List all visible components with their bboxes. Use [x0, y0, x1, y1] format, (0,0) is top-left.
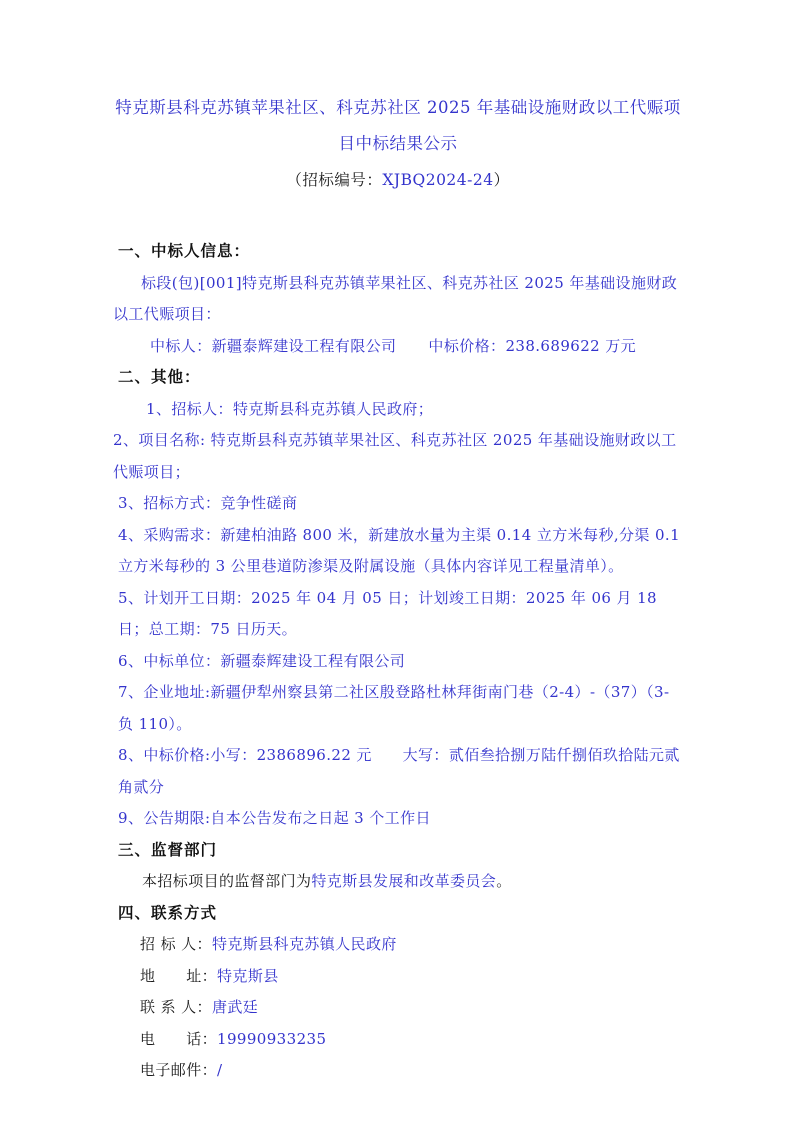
supervision-text-suffix: 。: [496, 872, 511, 890]
section-heading-contact: 四、联系方式: [113, 898, 683, 930]
other-item-8: 8、中标价格:小写：2386896.22 元 大写：贰佰叁拾捌万陆仟捌佰玖拾陆元…: [113, 740, 683, 803]
section-heading-winner-info: 一、中标人信息：: [113, 236, 683, 268]
other-item-5: 5、计划开工日期：2025 年 04 月 05 日；计划竣工日期：2025 年 …: [113, 583, 683, 646]
page-title: 特克斯县科克苏镇苹果社区、科克苏社区 2025 年基础设施财政以工代赈项目中标结…: [113, 90, 683, 162]
tender-number-suffix: ）: [494, 171, 510, 189]
contact-value-address: 特克斯县: [217, 967, 279, 985]
contact-row-person: 联 系 人：唐武廷: [113, 992, 683, 1024]
section-heading-supervision: 三、监督部门: [113, 835, 683, 867]
other-item-2: 2、项目名称: 特克斯县科克苏镇苹果社区、科克苏社区 2025 年基础设施财政以…: [113, 425, 683, 488]
tender-number-line: （招标编号：XJBQ2024-24）: [113, 164, 683, 196]
contact-row-phone: 电 话：19990933235: [113, 1024, 683, 1056]
contact-label-person: 联 系 人：: [140, 998, 212, 1016]
supervision-text-prefix: 本招标项目的监督部门为: [142, 872, 311, 890]
contact-label-bidder: 招 标 人：: [140, 935, 212, 953]
winner-label: 中标人：: [150, 337, 212, 355]
contact-value-email: /: [217, 1061, 222, 1079]
supervision-authority: 特克斯县发展和改革委员会: [311, 872, 496, 890]
other-item-3: 3、招标方式：竞争性磋商: [113, 488, 683, 520]
other-item-1: 1、招标人：特克斯县科克苏镇人民政府；: [113, 394, 683, 426]
contact-label-address: 地 址：: [140, 967, 217, 985]
lot-paragraph: 标段(包)[001]特克斯县科克苏镇苹果社区、科克苏社区 2025 年基础设施财…: [113, 268, 683, 331]
contact-row-address: 地 址：特克斯县: [113, 961, 683, 993]
contact-value-bidder: 特克斯县科克苏镇人民政府: [212, 935, 397, 953]
tender-number: XJBQ2024-24: [382, 171, 493, 189]
contact-row-email: 电子邮件：/: [113, 1055, 683, 1087]
contact-label-phone: 电 话：: [140, 1030, 217, 1048]
contact-value-person: 唐武廷: [212, 998, 258, 1016]
supervision-paragraph: 本招标项目的监督部门为特克斯县发展和改革委员会。: [113, 866, 683, 898]
other-item-6: 6、中标单位：新疆泰辉建设工程有限公司: [113, 646, 683, 678]
price-label: 中标价格：: [428, 337, 505, 355]
contact-label-email: 电子邮件：: [140, 1061, 217, 1079]
section-heading-other: 二、其他：: [113, 362, 683, 394]
other-item-7: 7、企业地址:新疆伊犁州察县第二社区殷登路杜林拜街南门巷（2-4）-（37）（3…: [113, 677, 683, 740]
other-item-4: 4、采购需求：新建柏油路 800 米，新建放水量为主渠 0.14 立方米每秒,分…: [113, 520, 683, 583]
announcement-page: 特克斯县科克苏镇苹果社区、科克苏社区 2025 年基础设施财政以工代赈项目中标结…: [0, 0, 793, 1122]
other-item-9: 9、公告期限:自本公告发布之日起 3 个工作日: [113, 803, 683, 835]
winner-name: 新疆泰辉建设工程有限公司: [212, 337, 397, 355]
contact-row-bidder: 招 标 人：特克斯县科克苏镇人民政府: [113, 929, 683, 961]
winner-line: 中标人：新疆泰辉建设工程有限公司中标价格：238.689622 万元: [113, 331, 683, 363]
price-group: 中标价格：238.689622 万元: [428, 337, 636, 355]
tender-number-prefix: （招标编号：: [286, 171, 382, 189]
price-value: 238.689622 万元: [505, 337, 636, 355]
contact-value-phone: 19990933235: [217, 1030, 326, 1048]
